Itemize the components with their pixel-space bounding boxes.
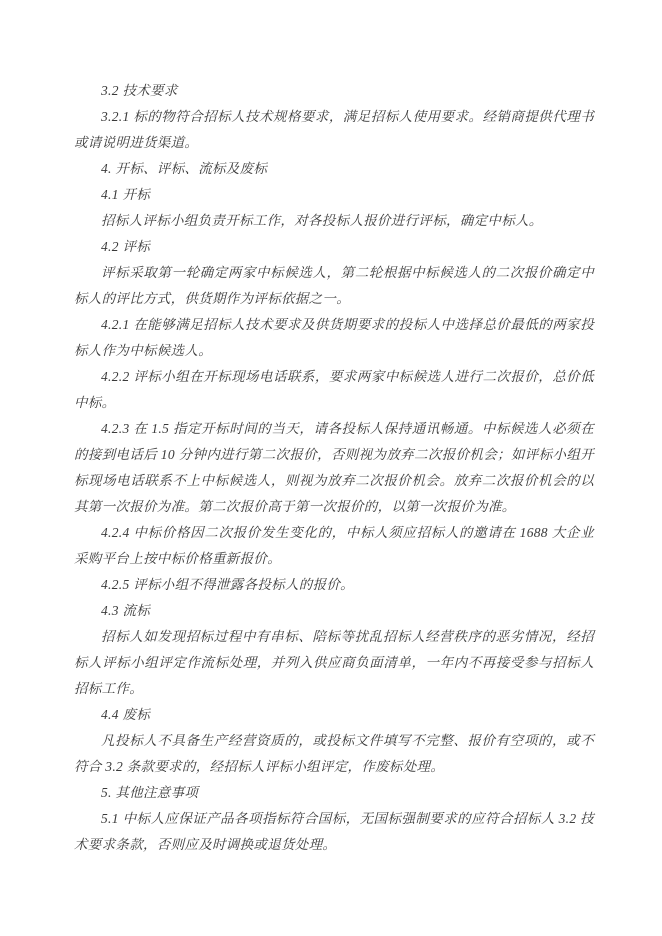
heading-5: 5. 其他注意事项 <box>74 780 594 806</box>
para-4-4: 凡投标人不具备生产经营资质的，或投标文件填写不完整、报价有空项的，或不符合 3.… <box>74 728 594 780</box>
clause-3-2-1: 3.2.1 标的物符合招标人技术规格要求，满足招标人使用要求。经销商提供代理书或… <box>74 104 594 156</box>
clause-4-2-4: 4.2.4 中标价格因二次报价发生变化的，中标人须应招标人的邀请在 1688 大… <box>74 520 594 572</box>
heading-4-3: 4.3 流标 <box>74 598 594 624</box>
heading-4-1: 4.1 开标 <box>74 182 594 208</box>
para-4-1: 招标人评标小组负责开标工作，对各投标人报价进行评标，确定中标人。 <box>74 208 594 234</box>
clause-5-1: 5.1 中标人应保证产品各项指标符合国标，无国标强制要求的应符合招标人 3.2 … <box>74 806 594 858</box>
clause-4-2-5: 4.2.5 评标小组不得泄露各投标人的报价。 <box>74 572 594 598</box>
heading-4-4: 4.4 废标 <box>74 702 594 728</box>
clause-4-2-1: 4.2.1 在能够满足招标人技术要求及供货期要求的投标人中选择总价最低的两家投标… <box>74 312 594 364</box>
para-4-3: 招标人如发现招标过程中有串标、陪标等扰乱招标人经营秩序的恶劣情况，经招标人评标小… <box>74 624 594 702</box>
heading-3-2: 3.2 技术要求 <box>74 78 594 104</box>
para-4-2: 评标采取第一轮确定两家中标候选人，第二轮根据中标候选人的二次报价确定中标人的评比… <box>74 260 594 312</box>
heading-4: 4. 开标、评标、流标及废标 <box>74 156 594 182</box>
heading-4-2: 4.2 评标 <box>74 234 594 260</box>
document-page: 3.2 技术要求 3.2.1 标的物符合招标人技术规格要求，满足招标人使用要求。… <box>0 0 662 936</box>
clause-4-2-3: 4.2.3 在 1.5 指定开标时间的当天，请各投标人保持通讯畅通。中标候选人必… <box>74 416 594 520</box>
clause-4-2-2: 4.2.2 评标小组在开标现场电话联系，要求两家中标候选人进行二次报价，总价低中… <box>74 364 594 416</box>
